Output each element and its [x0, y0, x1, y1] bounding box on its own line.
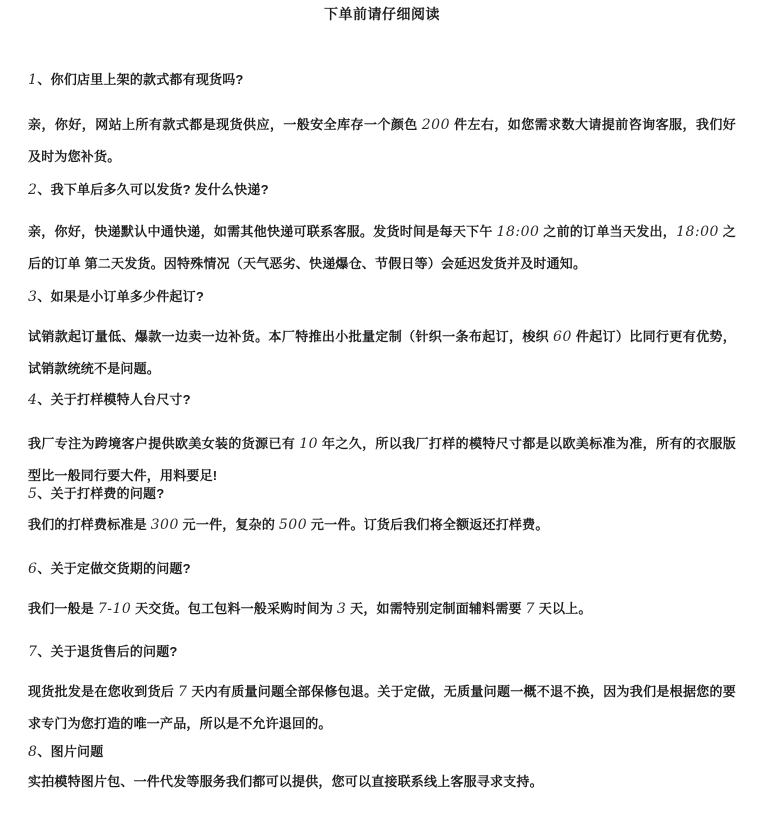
faq-answer-2: 亲，你好，快递默认中通快递，如需其他快递可联系客服。发货时间是每天下午 18:0… — [28, 216, 736, 280]
faq-answer-7: 现货批发是在您收到货后 7 天内有质量问题全部保修包退。关于定做，无质量问题一概… — [28, 676, 736, 740]
faq-question-4: 4、关于打样模特人台尺寸? — [28, 384, 736, 416]
faq-question-1: 1、你们店里上架的款式都有现货吗? — [28, 64, 736, 96]
faq-answer-6: 我们一般是 7-10 天交货。包工包料一般采购时间为 3 天，如需特别定制面辅料… — [28, 593, 736, 625]
faq-question-2: 2、我下单后多久可以发货? 发什么快递? — [28, 174, 736, 206]
faq-answer-8: 实拍模特图片包、一件代发等服务我们都可以提供，您可以直接联系线上客服寻求支持。 — [28, 766, 736, 798]
faq-question-6: 6、关于定做交货期的问题? — [28, 553, 736, 585]
faq-answer-5: 我们的打样费标准是 300 元一件，复杂的 500 元一件。订货后我们将全额返还… — [28, 509, 736, 541]
faq-answer-3: 试销款起订量低、爆款一边卖一边补货。本厂特推出小批量定制（针织一条布起订，梭织 … — [28, 321, 736, 385]
faq-question-8: 8、图片问题 — [28, 736, 736, 768]
faq-document: 下单前请仔细阅读 1、你们店里上架的款式都有现货吗? 亲，你好，网站上所有款式都… — [0, 0, 762, 819]
faq-question-5: 5、关于打样费的问题? — [28, 478, 736, 510]
page-title: 下单前请仔细阅读 — [28, 3, 736, 25]
faq-question-3: 3、如果是小订单多少件起订? — [28, 281, 736, 313]
faq-question-7: 7、关于退货售后的问题? — [28, 636, 736, 668]
faq-answer-1: 亲，你好，网站上所有款式都是现货供应，一般安全库存一个颜色 200 件左右，如您… — [28, 109, 736, 173]
